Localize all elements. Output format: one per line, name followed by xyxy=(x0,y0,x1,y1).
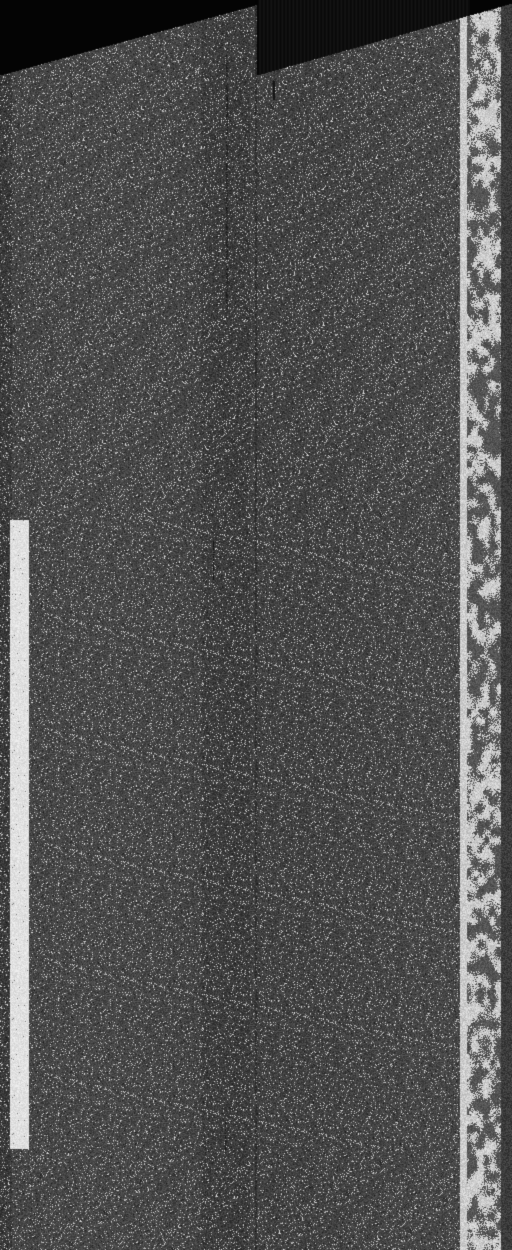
road-scan-image: Grayscale line-scan image of an asphalt … xyxy=(0,0,512,1250)
pavement-canvas xyxy=(0,0,512,1250)
